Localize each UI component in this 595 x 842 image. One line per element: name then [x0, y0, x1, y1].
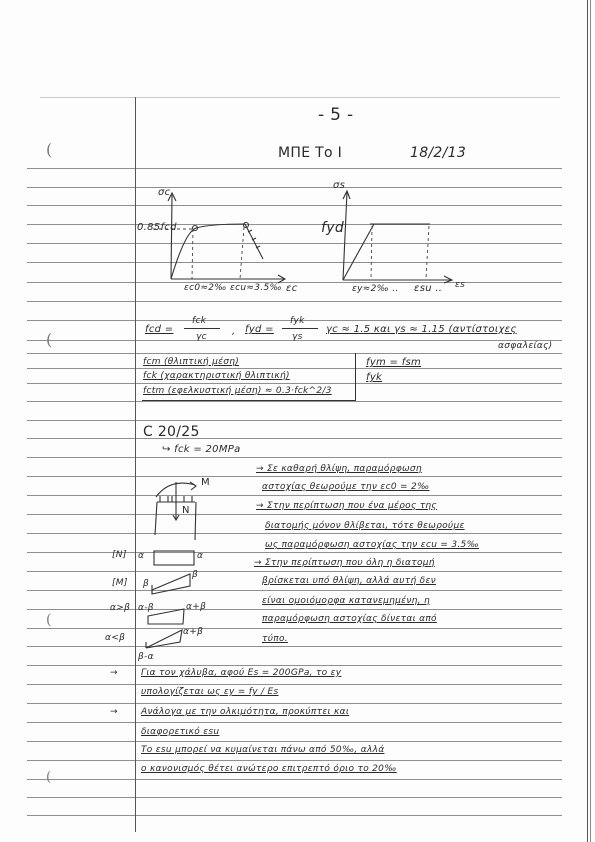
case-label: α>β — [110, 603, 130, 613]
case-label: [M] — [112, 578, 128, 588]
note-line: βρίσκεται υπό θλίψη, αλλά αυτή δεν — [262, 576, 436, 586]
case-left-value: α-β — [138, 603, 154, 613]
arrow-icon: → — [110, 707, 118, 717]
note-line: Το εsu μπορεί να κυμαίνεται πάνω από 50‰… — [141, 745, 384, 755]
note-line: → Σε καθαρή θλίψη, παραμόρφωση — [256, 464, 422, 474]
note-line: Για τον χάλυβα, αφού Es = 200GPa, το εy — [141, 668, 341, 678]
case-label: α<β — [105, 633, 125, 643]
case-label: [N] — [112, 550, 127, 560]
case-right-value: β — [192, 570, 198, 580]
case-left-value: α — [138, 551, 144, 561]
note-line: διατομής μόνον θλίβεται, τότε θεωρούμε — [265, 521, 465, 531]
note-line: ο κανονισμός θέτει ανώτερο επιτρεπτό όρι… — [141, 764, 397, 774]
note-line: Ανάλογα με την ολκιμότητα, προκύπτει και — [141, 707, 349, 717]
case-right-value: α+β — [186, 602, 206, 612]
note-line: → Στην περίπτωση που όλη η διατομή — [254, 558, 435, 568]
note-line: ως παραμόρφωση αστοχίας την εcu = 3.5‰ — [265, 540, 479, 550]
note-line: είναι ομοιόμορφα κατανεμημένη, η — [262, 596, 430, 606]
note-line: → Στην περίπτωση που ένα μέρος της — [256, 501, 437, 511]
note-line: παραμόρφωση αστοχίας δίνεται από — [262, 614, 437, 624]
case-left-value: β-α — [138, 652, 154, 662]
notebook-page: ( ( ( ( - 5 - ΜΠΕ Το Ι 18/2/13 σc 0.85fc… — [0, 0, 595, 842]
note-line: τύπο. — [262, 634, 288, 644]
case-left-value: β — [143, 579, 149, 589]
arrow-icon: → — [110, 668, 118, 678]
note-line: αστοχίας θεωρούμε την εc0 = 2‰ — [262, 482, 429, 492]
note-line: διαφορετικό εsu — [141, 727, 219, 737]
case-right-value: α — [197, 551, 203, 561]
note-line: υπολογίζεται ως εy = fy / Es — [141, 687, 279, 697]
case-right-value: α+β — [183, 627, 203, 637]
